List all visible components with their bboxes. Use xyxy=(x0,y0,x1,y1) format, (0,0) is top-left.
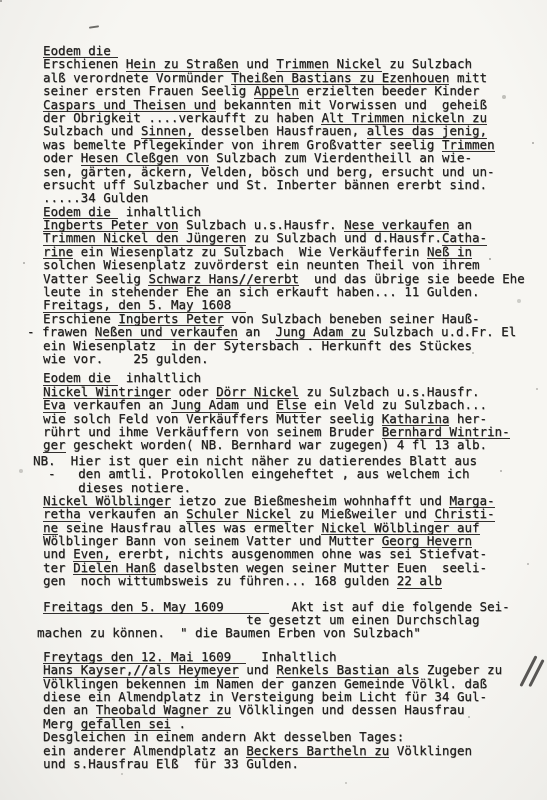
plain-text: verkaufen an xyxy=(66,398,171,411)
plain-text: Wölblinger Bann von seinem Vatter und Mu… xyxy=(43,534,382,547)
text-line: wie vor. 25 gulden. xyxy=(43,352,547,365)
text-line: oder Hesen Cleßgen von Sulzbach zum Vier… xyxy=(43,151,547,164)
scanned-document-page: Eodem die Erschienen Hein zu Straßen und… xyxy=(0,0,547,800)
paragraph-block: Eodem die inhaltlichNickel Wintringer od… xyxy=(43,371,547,451)
text-line: rührt und ihme Verkäuffern von seinem Br… xyxy=(43,425,547,438)
plain-text: dieses notiere. xyxy=(33,481,191,494)
plain-text: und xyxy=(239,57,277,70)
text-line: machen zu können. " die Baumen Erben von… xyxy=(37,626,547,639)
text-line: diese ein Almendplatz in Versteigung bei… xyxy=(43,690,547,703)
plain-text: Merg xyxy=(43,717,81,730)
plain-text: inhaltlich xyxy=(118,371,201,384)
plain-text: Sulzbach u.s.Hausfr. xyxy=(178,218,344,231)
paragraph-block: Eodem die Erschienen Hein zu Straßen und… xyxy=(43,44,547,205)
plain-text: Erschienen xyxy=(43,57,126,70)
plain-text: und xyxy=(239,398,277,411)
plain-text: mitt xyxy=(449,71,487,84)
text-line: Freitags den 5. May 1609 Akt ist auf die… xyxy=(43,600,547,613)
text-line: Merg gefallen sei . xyxy=(43,717,547,730)
text-line: Erschiene Ingberts Peter von Sulzbach be… xyxy=(43,312,547,325)
plain-text: Völklingen und dessen Hausfrau xyxy=(231,703,464,716)
plain-text: Sulzbach zum Vierdentheill an wie- xyxy=(209,151,472,164)
text-line: und s.Hausfrau Elß für 33 Gulden. xyxy=(43,757,547,770)
text-line: retha verkaufen an Schuler Nickel zu Mie… xyxy=(43,507,547,520)
plain-text: rührt und ihme Verkäuffern von seinem Br… xyxy=(43,425,382,438)
plain-text: bekannten mit Vorwissen und geheiß xyxy=(216,98,487,111)
text-line: Nickel Wölblinger ietzo zue Bießmesheim … xyxy=(43,494,547,507)
text-line: Freitags, den 5. May 1608 xyxy=(43,298,547,311)
plain-text: an xyxy=(238,325,276,338)
text-line: den an Theobald Wagner zu Völklingen und… xyxy=(43,703,547,716)
plain-text: NB. Hier ist quer ein nicht näher zu dat… xyxy=(33,454,477,467)
plain-text: und das übrige sie beede Ehe xyxy=(299,272,525,285)
text-line: Trimmen Nickel den Jüngeren zu Sulzbach … xyxy=(43,231,547,244)
plain-text: erzielten beeder Kinder xyxy=(299,84,480,97)
plain-text: inhaltlich xyxy=(118,205,201,218)
text-line: ne seine Hausfrau alles was ermelter Nic… xyxy=(43,521,547,534)
text-line: wie solch Feld von Verkäuffers Mutter se… xyxy=(43,412,547,425)
text-line: NB. Hier ist quer ein nicht näher zu dat… xyxy=(33,454,547,467)
plain-text: ter xyxy=(43,561,73,574)
plain-text: Zugeber zu xyxy=(419,663,502,676)
plain-text xyxy=(269,600,292,613)
text-line: und Even, ererbt, nichts ausgenommen ohn… xyxy=(43,547,547,560)
plain-text: te gesetzt um einen Durchschlag xyxy=(43,613,480,626)
plain-text: Sulzbach und xyxy=(43,124,141,137)
plain-text: wie solch Feld von Verkäuffers Mutter se… xyxy=(43,412,382,425)
text-line: alß verordnete Vormünder Theißen Bastian… xyxy=(43,71,547,84)
text-line: ersucht uff Sulzbacher und St. Inberter … xyxy=(43,178,547,191)
underlined-text: ger xyxy=(43,438,66,452)
plain-text: und s.Hausfrau Elß für 33 Gulden. xyxy=(43,757,299,770)
text-line: Völklingen bekennen im Namen der ganzen … xyxy=(43,677,547,690)
text-line: seiner ersten Frauen Seelig Appeln erzie… xyxy=(43,84,547,97)
text-line: Eodem die inhaltlich xyxy=(43,371,547,384)
text-line: leute in stehender Ehe an sich erkauft h… xyxy=(43,285,547,298)
paragraph-block: Freytags den 12. Mai 1609 InhaltlichHans… xyxy=(43,650,547,771)
text-line: Caspars und Theisen und bekannten mit Vo… xyxy=(43,98,547,111)
text-line: der Obrigkeit ....verkaufft zu haben Alt… xyxy=(43,111,547,124)
text-line: dieses notiere. xyxy=(33,481,547,494)
plain-text: her- xyxy=(449,412,487,425)
paragraph-block: NB. Hier ist quer ein nicht näher zu dat… xyxy=(43,454,547,494)
plain-text: Desgleichen in einem andern Akt desselbe… xyxy=(43,730,404,743)
plain-text: oder xyxy=(43,151,81,164)
plain-text: an xyxy=(449,218,472,231)
plain-text: wie vor. 25 gulden. xyxy=(43,352,209,365)
plain-text: seine Hausfrau alles was ermelter xyxy=(58,521,321,534)
underlined-text: 22 alb xyxy=(397,574,442,588)
plain-text: zu Sulzbach u.s.Hausfr. xyxy=(299,385,480,398)
plain-text: und xyxy=(239,663,277,676)
paragraph-block: Freitags den 5. May 1609 Akt ist auf die… xyxy=(43,600,547,640)
plain-text: daselbsten wegen seiner Mutter Euen seel… xyxy=(156,561,487,574)
plain-text: seiner ersten Frauen Seelig xyxy=(43,84,254,97)
text-line: - den amtli. Protokollen eingeheftet , a… xyxy=(33,467,547,480)
text-line: .....34 Gulden xyxy=(43,191,547,204)
plain-text: oder xyxy=(171,385,216,398)
plain-text: Völklingen xyxy=(389,744,472,757)
text-line: - frawen Neßen und verkaufen an Jung Ada… xyxy=(27,325,547,338)
plain-text: .....34 Gulden xyxy=(43,191,148,204)
text-line: Sulzbach und Sinnen, desselben Hausfraue… xyxy=(43,124,547,137)
plain-text: Erschiene xyxy=(43,312,118,325)
text-line: Hans Kayser,//als Heymeyer und Renkels B… xyxy=(43,663,547,676)
text-line: ein anderer Almendplatz an Beckers Barth… xyxy=(43,744,547,757)
plain-text: ein Wiesenplatz zu Sulzbach Wie Verkäuff… xyxy=(73,245,427,258)
text-line: Nickel Wintringer oder Dörr Nickel zu Su… xyxy=(43,385,547,398)
paragraph-block: Nickel Wölblinger ietzo zue Bießmesheim … xyxy=(43,494,547,588)
plain-text: von Sulzbach beneben seiner Hauß- xyxy=(224,312,480,325)
text-line: sen, gärten, äckern, Velden, bösch und b… xyxy=(43,165,547,178)
plain-text: leute in stehender Ehe an sich erkauft h… xyxy=(43,285,480,298)
plain-text: Akt ist auf die folgende Sei- xyxy=(291,600,509,613)
text-line: Freytags den 12. Mai 1609 Inhaltlich xyxy=(43,650,547,663)
plain-text: und xyxy=(43,547,73,560)
double-slash-mark xyxy=(519,652,547,696)
plain-text: ererbt, nichts ausgenommen ohne was sei … xyxy=(111,547,487,560)
plain-text: verkaufen an xyxy=(81,507,186,520)
plain-text: der Obrigkeit ....verkaufft zu haben xyxy=(43,111,321,124)
text-line: solchen Wiesenplatz zuvörderst ein neunt… xyxy=(43,258,547,271)
plain-text: . xyxy=(171,717,186,730)
plain-text: - frawen xyxy=(27,325,95,338)
plain-text: ietzo zue Bießmesheim wohnhafft und xyxy=(171,494,449,507)
plain-text: gen noch wittumbsweis zu führen... 168 g… xyxy=(43,574,397,587)
plain-text: alß verordnete Vormünder xyxy=(43,71,231,84)
text-line: Eodem die xyxy=(43,44,547,57)
plain-text: den an xyxy=(43,703,96,716)
plain-text: was bemelte Pflegekinder von ihrem Großv… xyxy=(43,138,442,151)
text-line: Wölblinger Bann von seinem Vatter und Mu… xyxy=(43,534,547,547)
plain-text: zu Mießweiler und xyxy=(291,507,434,520)
text-line: ein Wiesenplatz in der Sytersbach . Herk… xyxy=(43,339,547,352)
plain-text: Sulzbach u.d.Fr. El xyxy=(366,325,517,338)
plain-text: zu Sulzbach und d.Hausfr. xyxy=(246,231,442,244)
text-line: Eodem die inhaltlich xyxy=(43,205,547,218)
plain-text: Völklingen bekennen im Namen der ganzen … xyxy=(43,677,487,690)
plain-text: ein anderer Almendplatz an xyxy=(43,744,246,757)
text-line: gen noch wittumbsweis zu führen... 168 g… xyxy=(43,574,547,587)
paragraph-block: Eodem die inhaltlichIngberts Peter von S… xyxy=(43,205,547,366)
text-line: ter Dielen Hanß daselbsten wegen seiner … xyxy=(43,561,547,574)
plain-text: - den amtli. Protokollen eingeheftet , a… xyxy=(33,467,470,480)
plain-text: zu Sulzbach xyxy=(382,57,472,70)
text-line: te gesetzt um einen Durchschlag xyxy=(43,613,547,626)
text-line: ger geschekt worden( NB. Bernhard war zu… xyxy=(43,438,547,451)
plain-text: ein Veld zu Sulzbach... xyxy=(306,398,487,411)
text-line: Erschienen Hein zu Straßen und Trimmen N… xyxy=(43,57,547,70)
plain-text: geschekt worden( NB. Bernhard war zugege… xyxy=(66,438,487,451)
plain-text: Inhaltlich xyxy=(246,650,336,663)
plain-text: solchen Wiesenplatz zuvörderst ein neunt… xyxy=(43,258,480,271)
text-line: Desgleichen in einem andern Akt desselbe… xyxy=(43,730,547,743)
typewritten-text: Eodem die Erschienen Hein zu Straßen und… xyxy=(0,0,547,770)
text-line: was bemelte Pflegekinder von ihrem Großv… xyxy=(43,138,547,151)
plain-text: sen, gärten, äckern, Velden, bösch und b… xyxy=(43,165,495,178)
text-line: Ingberts Peter von Sulzbach u.s.Hausfr. … xyxy=(43,218,547,231)
text-line: Eva verkaufen an Jung Adam und Else ein … xyxy=(43,398,547,411)
plain-text: desselben Hausfrauen, xyxy=(194,124,367,137)
text-line: rine ein Wiesenplatz zu Sulzbach Wie Ver… xyxy=(43,245,547,258)
plain-text: ersucht uff Sulzbacher und St. Inberter … xyxy=(43,178,487,191)
plain-text: machen zu können. " die Baumen Erben von… xyxy=(37,626,421,639)
plain-text: Vatter Seelig xyxy=(43,272,148,285)
text-line: Vatter Seelig Schwarz Hans//ererbt und d… xyxy=(43,272,547,285)
plain-text: diese ein Almendplatz in Versteigung bei… xyxy=(43,690,487,703)
plain-text: ein Wiesenplatz in der Sytersbach . Herk… xyxy=(43,339,472,352)
